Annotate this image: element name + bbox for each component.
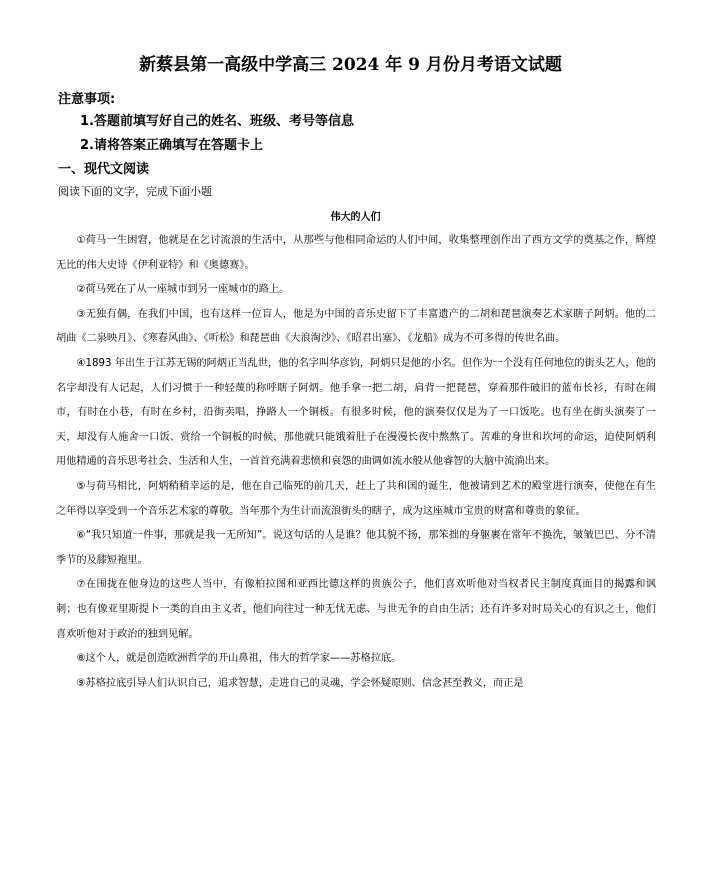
article-body: ①荷马一生困窘，他就是在乞讨流浪的生活中，从那些与他相同命运的人们中间，收集整理…: [56, 229, 656, 696]
paragraph-8: ⑧这个人，就是创造欧洲哲学的开山鼻祖，伟大的哲学家——苏格拉底。: [56, 647, 656, 672]
notice-heading: 注意事项:: [58, 88, 115, 107]
exam-page: 新蔡县第一高级中学高三 2024 年 9 月份月考语文试题 注意事项: 1.答题…: [0, 0, 701, 877]
section-instruction: 阅读下面的文字，完成下面小题: [58, 183, 212, 199]
notice-item-1: 1.答题前填写好自己的姓名、班级、考号等信息: [80, 110, 354, 129]
paragraph-4: ④1893 年出生于江苏无锡的阿炳正当乱世，他的名字叫华彦钧，阿炳只是他的小名。…: [56, 352, 656, 475]
paragraph-1: ①荷马一生困窘，他就是在乞讨流浪的生活中，从那些与他相同命运的人们中间，收集整理…: [56, 229, 656, 278]
section-heading: 一、现代文阅读: [58, 158, 149, 177]
paragraph-6: ⑥“我只知道一件事，那就是我一无所知”。说这句话的人是谁？他其貌不扬，那笨拙的身…: [56, 524, 656, 573]
notice-item-2: 2.请将答案正确填写在答题卡上: [80, 134, 263, 153]
paragraph-9: ⑨苏格拉底引导人们认识自己，追求智慧，走进自己的灵魂，学会怀疑原则、信念甚至教义…: [56, 672, 656, 697]
paragraph-2: ②荷马死在了从一座城市到另一座城市的路上。: [56, 278, 656, 303]
paragraph-3: ③无独有偶，在我们中国，也有这样一位盲人，他是为中国的音乐史留下了丰富遗产的二胡…: [56, 303, 656, 352]
paragraph-5: ⑤与荷马相比，阿炳稍稍幸运的是，他在自己临死的前几天，赶上了共和国的诞生，他被请…: [56, 475, 656, 524]
article-title: 伟大的人们: [0, 208, 701, 223]
exam-title: 新蔡县第一高级中学高三 2024 年 9 月份月考语文试题: [0, 50, 701, 75]
paragraph-7: ⑦在围拢在他身边的这些人当中，有像柏拉图和亚西比德这样的贵族公子，他们喜欢听他对…: [56, 573, 656, 647]
